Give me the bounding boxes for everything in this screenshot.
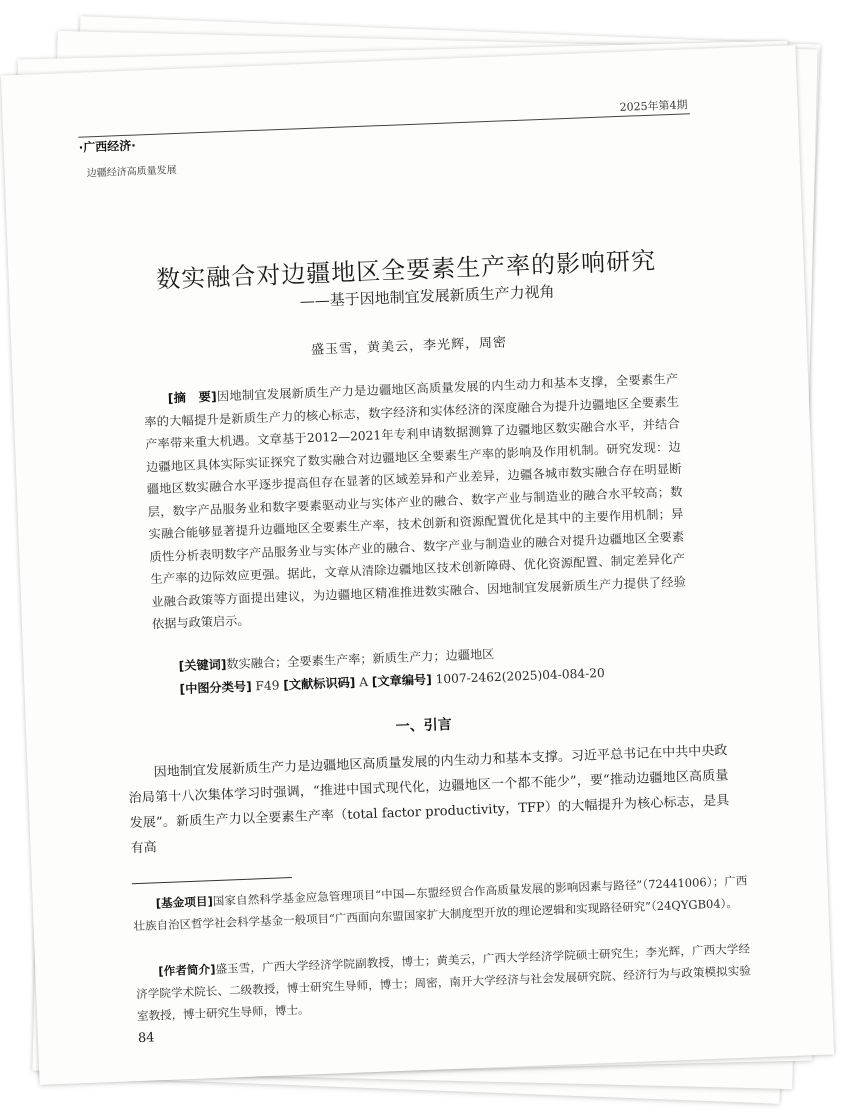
clc-label: [中图分类号] bbox=[179, 679, 252, 696]
author-footnote: [作者简介]盛玉雪，广西大学经济学院副教授，博士；黄美云，广西大学经济学院硕士研… bbox=[135, 938, 752, 1028]
abstract-text: 因地制宜发展新质生产力是边疆地区高质量发展的内生动力和基本支撑，全要素生产率的大… bbox=[144, 372, 686, 631]
article-no-value: 1007-2462(2025)04-084-20 bbox=[431, 666, 604, 687]
footnote-rule bbox=[132, 877, 292, 884]
intro-paragraph: 因地制宜发展新质生产力是边疆地区高质量发展的内生动力和基本支撑。习近平总书记在中… bbox=[127, 738, 730, 861]
journal-name: ·广西经济· bbox=[78, 137, 136, 156]
fund-label: [基金项目] bbox=[156, 894, 214, 910]
header-rule bbox=[78, 113, 690, 137]
author-list: 盛玉雪，黄美云，李光辉，周密 bbox=[11, 320, 806, 370]
journal-page: 2025年第4期 ·广西经济· 边疆经济高质量发展 数实融合对边疆地区全要素生产… bbox=[1, 45, 834, 1085]
abstract-label: [摘 要] bbox=[168, 390, 217, 406]
clc-value: F49 bbox=[251, 678, 283, 693]
keywords-label: [关键词] bbox=[178, 657, 226, 673]
article-no-label: [文章编号] bbox=[372, 673, 432, 689]
page-number: 84 bbox=[138, 1030, 155, 1046]
author-bio-label: [作者简介] bbox=[158, 962, 216, 978]
doc-code-value: A bbox=[355, 675, 372, 690]
abstract: [摘 要]因地制宜发展新质生产力是边疆地区高质量发展的内生动力和基本支撑，全要素… bbox=[143, 368, 687, 636]
fund-text: 国家自然科学基金应急管理项目“中国—东盟经贸合作高质量发展的影响因素与路径”（7… bbox=[133, 874, 747, 934]
section-label: 边疆经济高质量发展 bbox=[86, 161, 177, 179]
author-bio-text: 盛玉雪，广西大学经济学院副教授，博士；黄美云，广西大学经济学院硕士研究生；李光辉… bbox=[136, 942, 751, 1024]
issue-label: 2025年第4期 bbox=[619, 96, 688, 115]
keywords-text: 数实融合；全要素生产率；新质生产力；边疆地区 bbox=[226, 647, 494, 671]
doc-code-label: [文献标识码] bbox=[283, 675, 356, 692]
